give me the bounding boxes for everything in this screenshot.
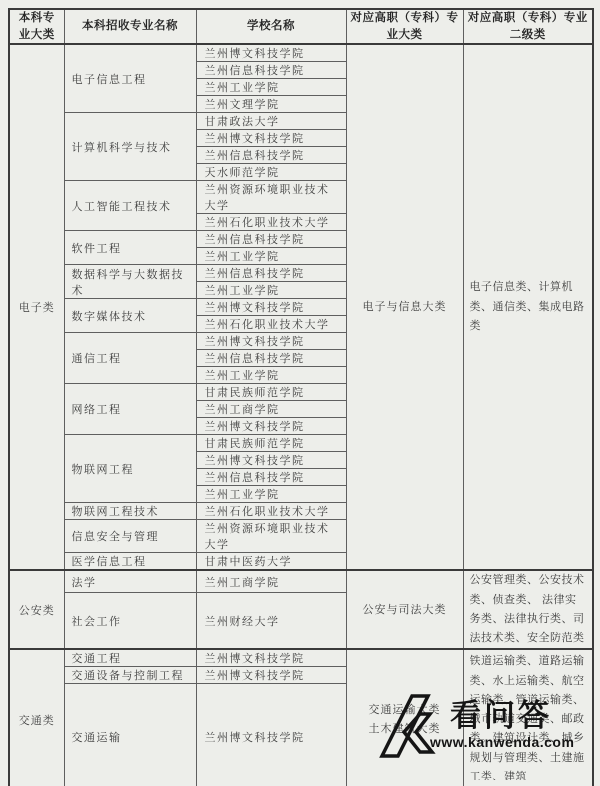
school-cell: 兰州博文科技学院 [196, 667, 346, 684]
school-cell: 兰州博文科技学院 [196, 684, 346, 786]
major-cell: 软件工程 [64, 231, 196, 265]
major-cell: 通信工程 [64, 333, 196, 384]
vocational-category-cell: 电子与信息大类 [346, 44, 463, 570]
school-cell: 兰州工业学院 [196, 282, 346, 299]
secondary-category-text: 铁道运输类、道路运输类、水上运输类、航空运输类、管道运输类、城市轨道交通类、邮政… [470, 650, 587, 780]
major-cell: 交通设备与控制工程 [64, 667, 196, 684]
table-row: 电子类电子信息工程兰州博文科技学院电子与信息大类电子信息类、计算机类、通信类、集… [9, 44, 593, 62]
major-cell: 计算机科学与技术 [64, 113, 196, 181]
school-cell: 兰州博文科技学院 [196, 452, 346, 469]
secondary-category-cell: 铁道运输类、道路运输类、水上运输类、航空运输类、管道运输类、城市轨道交通类、邮政… [463, 649, 593, 786]
column-header: 对应高职（专科）专业二级类 [463, 9, 593, 44]
major-cell: 社会工作 [64, 592, 196, 649]
school-cell: 兰州工业学院 [196, 367, 346, 384]
school-cell: 兰州博文科技学院 [196, 130, 346, 147]
major-cell: 数字媒体技术 [64, 299, 196, 333]
school-cell: 兰州信息科技学院 [196, 350, 346, 367]
column-header: 本科招收专业名称 [64, 9, 196, 44]
school-cell: 兰州工商学院 [196, 401, 346, 418]
school-cell: 兰州资源环境职业技术大学 [196, 181, 346, 214]
major-cell: 法学 [64, 570, 196, 592]
major-cell: 医学信息工程 [64, 553, 196, 571]
major-cell: 网络工程 [64, 384, 196, 435]
admissions-table: 本科专业大类本科招收专业名称学校名称对应高职（专科）专业大类对应高职（专科）专业… [8, 8, 594, 786]
major-cell: 数据科学与大数据技术 [64, 265, 196, 299]
secondary-category-text: 电子信息类、计算机类、通信类、集成电路类 [470, 278, 587, 336]
vocational-category-cell: 公安与司法大类 [346, 570, 463, 649]
school-cell: 兰州信息科技学院 [196, 62, 346, 79]
school-cell: 兰州石化职业技术大学 [196, 503, 346, 520]
table-row: 公安类法学兰州工商学院公安与司法大类公安管理类、公安技术类、侦查类、 法律实务类… [9, 570, 593, 592]
school-cell: 兰州工业学院 [196, 486, 346, 503]
school-cell: 兰州工业学院 [196, 248, 346, 265]
school-cell: 兰州财经大学 [196, 592, 346, 649]
school-cell: 兰州信息科技学院 [196, 147, 346, 164]
major-cell: 电子信息工程 [64, 44, 196, 113]
major-cell: 信息安全与管理 [64, 520, 196, 553]
major-cell: 人工智能工程技术 [64, 181, 196, 231]
school-cell: 兰州信息科技学院 [196, 265, 346, 282]
school-cell: 兰州工业学院 [196, 79, 346, 96]
school-cell: 甘肃民族师范学院 [196, 384, 346, 401]
school-cell: 甘肃民族师范学院 [196, 435, 346, 452]
major-cell: 物联网工程技术 [64, 503, 196, 520]
school-cell: 兰州博文科技学院 [196, 333, 346, 350]
vocational-category-cell: 交通运输大类 土木建筑大类 [346, 649, 463, 786]
major-cell: 物联网工程 [64, 435, 196, 503]
school-cell: 甘肃政法大学 [196, 113, 346, 130]
school-cell: 兰州信息科技学院 [196, 231, 346, 248]
table-row: 交通类交通工程兰州博文科技学院交通运输大类 土木建筑大类铁道运输类、道路运输类、… [9, 649, 593, 667]
category-cell: 公安类 [9, 570, 64, 649]
school-cell: 兰州资源环境职业技术大学 [196, 520, 346, 553]
school-cell: 兰州石化职业技术大学 [196, 214, 346, 231]
school-cell: 兰州工商学院 [196, 570, 346, 592]
category-cell: 交通类 [9, 649, 64, 786]
major-cell: 交通工程 [64, 649, 196, 667]
secondary-category-text: 公安管理类、公安技术类、侦查类、 法律实务类、法律执行类、司法技术类、安全防范类 [470, 571, 587, 648]
page: 本科专业大类本科招收专业名称学校名称对应高职（专科）专业大类对应高职（专科）专业… [0, 0, 600, 786]
school-cell: 兰州博文科技学院 [196, 418, 346, 435]
school-cell: 天水师范学院 [196, 164, 346, 181]
secondary-category-cell: 公安管理类、公安技术类、侦查类、 法律实务类、法律执行类、司法技术类、安全防范类 [463, 570, 593, 649]
school-cell: 兰州信息科技学院 [196, 469, 346, 486]
school-cell: 甘肃中医药大学 [196, 553, 346, 571]
table-header: 本科专业大类本科招收专业名称学校名称对应高职（专科）专业大类对应高职（专科）专业… [9, 9, 593, 44]
category-cell: 电子类 [9, 44, 64, 570]
table-body: 电子类电子信息工程兰州博文科技学院电子与信息大类电子信息类、计算机类、通信类、集… [9, 44, 593, 786]
column-header: 对应高职（专科）专业大类 [346, 9, 463, 44]
column-header: 学校名称 [196, 9, 346, 44]
column-header: 本科专业大类 [9, 9, 64, 44]
school-cell: 兰州文理学院 [196, 96, 346, 113]
school-cell: 兰州博文科技学院 [196, 649, 346, 667]
school-cell: 兰州博文科技学院 [196, 44, 346, 62]
header-row: 本科专业大类本科招收专业名称学校名称对应高职（专科）专业大类对应高职（专科）专业… [9, 9, 593, 44]
secondary-category-cell: 电子信息类、计算机类、通信类、集成电路类 [463, 44, 593, 570]
major-cell: 交通运输 [64, 684, 196, 786]
school-cell: 兰州石化职业技术大学 [196, 316, 346, 333]
school-cell: 兰州博文科技学院 [196, 299, 346, 316]
